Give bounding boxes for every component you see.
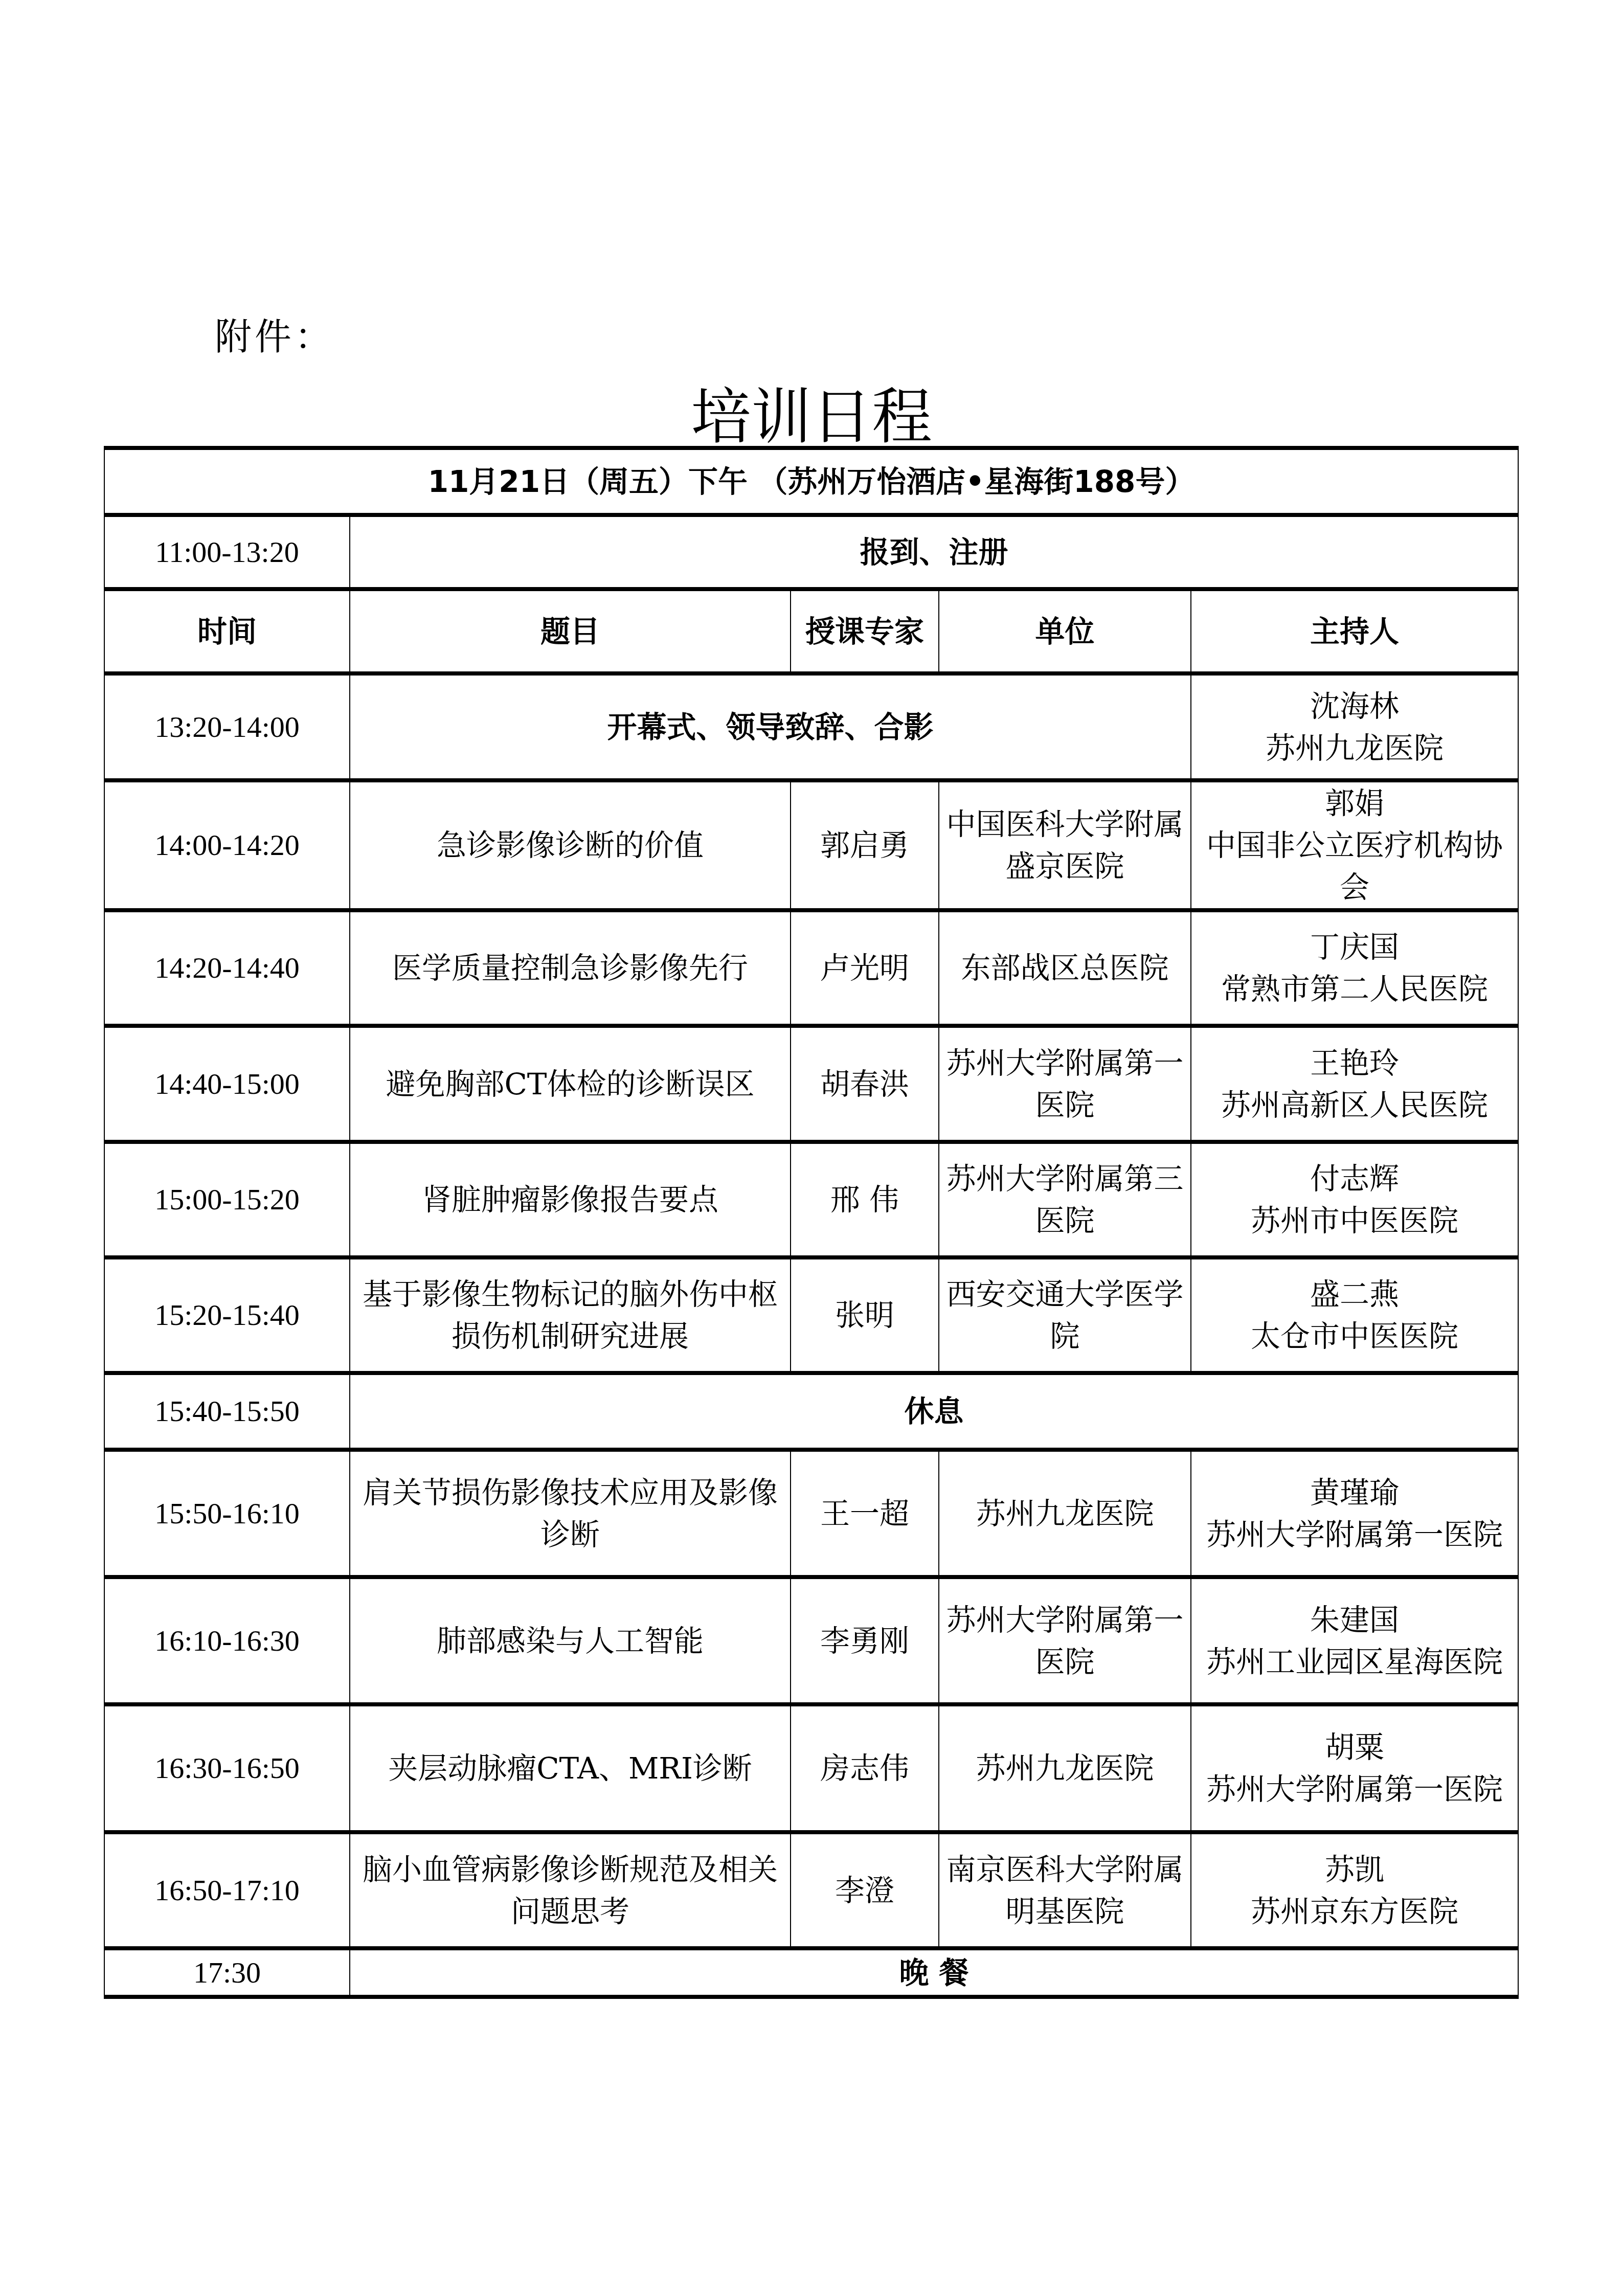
speaker-cell: 房志伟 — [791, 1704, 939, 1832]
host-cell: 付志辉 苏州市中医医院 — [1191, 1142, 1518, 1257]
time-cell: 14:00-14:20 — [104, 780, 350, 910]
col-header-time: 时间 — [104, 589, 350, 673]
speaker-cell: 邢 伟 — [791, 1142, 939, 1257]
speaker-cell: 胡春洪 — [791, 1026, 939, 1142]
dinner-label: 晚 餐 — [350, 1948, 1518, 1997]
session-row: 14:00-14:20急诊影像诊断的价值郭启勇中国医科大学附属盛京医院郭娟 中国… — [104, 780, 1518, 910]
unit-cell: 中国医科大学附属盛京医院 — [939, 780, 1191, 910]
session-row: 16:30-16:50夹层动脉瘤CTA、MRI诊断房志伟苏州九龙医院胡粟 苏州大… — [104, 1704, 1518, 1832]
page-title: 培训日程 — [0, 368, 1623, 455]
speaker-cell: 郭启勇 — [791, 780, 939, 910]
time-cell: 15:50-16:10 — [104, 1450, 350, 1577]
unit-cell: 南京医科大学附属明基医院 — [939, 1832, 1191, 1948]
speaker-cell: 张明 — [791, 1257, 939, 1373]
opening-label: 开幕式、领导致辞、合影 — [350, 673, 1191, 780]
speaker-cell: 李澄 — [791, 1832, 939, 1948]
time-cell: 11:00-13:20 — [104, 515, 350, 589]
time-cell: 15:40-15:50 — [104, 1373, 350, 1450]
session-header-row: 11月21日（周五）下午 （苏州万怡酒店•星海街188号） — [104, 448, 1518, 515]
unit-cell: 苏州大学附属第一医院 — [939, 1026, 1191, 1142]
col-header-host: 主持人 — [1191, 589, 1518, 673]
session-row: 16:10-16:30肺部感染与人工智能李勇刚苏州大学附属第一医院朱建国 苏州工… — [104, 1577, 1518, 1704]
host-cell: 沈海林 苏州九龙医院 — [1191, 673, 1518, 780]
time-cell: 13:20-14:00 — [104, 673, 350, 780]
unit-cell: 苏州九龙医院 — [939, 1704, 1191, 1832]
dinner-row: 17:30 晚 餐 — [104, 1948, 1518, 1997]
opening-row: 13:20-14:00 开幕式、领导致辞、合影 沈海林 苏州九龙医院 — [104, 673, 1518, 780]
registration-label: 报到、注册 — [350, 515, 1518, 589]
unit-cell: 东部战区总医院 — [939, 910, 1191, 1026]
topic-cell: 夹层动脉瘤CTA、MRI诊断 — [350, 1704, 791, 1832]
unit-cell: 苏州大学附属第三医院 — [939, 1142, 1191, 1257]
speaker-cell: 李勇刚 — [791, 1577, 939, 1704]
speaker-cell: 王一超 — [791, 1450, 939, 1577]
time-cell: 17:30 — [104, 1948, 350, 1997]
host-cell: 黄瑾瑜 苏州大学附属第一医院 — [1191, 1450, 1518, 1577]
time-cell: 15:20-15:40 — [104, 1257, 350, 1373]
host-cell: 郭娟 中国非公立医疗机构协会 — [1191, 780, 1518, 910]
registration-row: 11:00-13:20 报到、注册 — [104, 515, 1518, 589]
col-header-topic: 题目 — [350, 589, 791, 673]
attachment-label: 附件： — [215, 307, 334, 360]
time-cell: 14:20-14:40 — [104, 910, 350, 1026]
session-row: 16:50-17:10脑小血管病影像诊断规范及相关问题思考李澄南京医科大学附属明… — [104, 1832, 1518, 1948]
unit-cell: 西安交通大学医学院 — [939, 1257, 1191, 1373]
time-cell: 16:10-16:30 — [104, 1577, 350, 1704]
column-header-row: 时间 题目 授课专家 单位 主持人 — [104, 589, 1518, 673]
time-cell: 15:00-15:20 — [104, 1142, 350, 1257]
break-row: 15:40-15:50 休息 — [104, 1373, 1518, 1450]
speaker-cell: 卢光明 — [791, 910, 939, 1026]
break-label: 休息 — [350, 1373, 1518, 1450]
host-cell: 胡粟 苏州大学附属第一医院 — [1191, 1704, 1518, 1832]
topic-cell: 肩关节损伤影像技术应用及影像诊断 — [350, 1450, 791, 1577]
session-row: 14:40-15:00避免胸部CT体检的诊断误区胡春洪苏州大学附属第一医院王艳玲… — [104, 1026, 1518, 1142]
time-cell: 14:40-15:00 — [104, 1026, 350, 1142]
topic-cell: 肾脏肿瘤影像报告要点 — [350, 1142, 791, 1257]
session-header: 11月21日（周五）下午 （苏州万怡酒店•星海街188号） — [104, 448, 1518, 515]
topic-cell: 脑小血管病影像诊断规范及相关问题思考 — [350, 1832, 791, 1948]
host-cell: 苏凯 苏州京东方医院 — [1191, 1832, 1518, 1948]
session-row: 15:00-15:20肾脏肿瘤影像报告要点邢 伟苏州大学附属第三医院付志辉 苏州… — [104, 1142, 1518, 1257]
schedule-table: 11月21日（周五）下午 （苏州万怡酒店•星海街188号） 11:00-13:2… — [104, 446, 1519, 1999]
topic-cell: 急诊影像诊断的价值 — [350, 780, 791, 910]
host-cell: 王艳玲 苏州高新区人民医院 — [1191, 1026, 1518, 1142]
col-header-unit: 单位 — [939, 589, 1191, 673]
session-row: 15:20-15:40基于影像生物标记的脑外伤中枢损伤机制研究进展张明西安交通大… — [104, 1257, 1518, 1373]
session-row: 15:50-16:10肩关节损伤影像技术应用及影像诊断王一超苏州九龙医院黄瑾瑜 … — [104, 1450, 1518, 1577]
topic-cell: 医学质量控制急诊影像先行 — [350, 910, 791, 1026]
unit-cell: 苏州大学附属第一医院 — [939, 1577, 1191, 1704]
host-cell: 盛二燕 太仓市中医医院 — [1191, 1257, 1518, 1373]
time-cell: 16:30-16:50 — [104, 1704, 350, 1832]
host-cell: 丁庆国 常熟市第二人民医院 — [1191, 910, 1518, 1026]
session-row: 14:20-14:40医学质量控制急诊影像先行卢光明东部战区总医院丁庆国 常熟市… — [104, 910, 1518, 1026]
unit-cell: 苏州九龙医院 — [939, 1450, 1191, 1577]
topic-cell: 避免胸部CT体检的诊断误区 — [350, 1026, 791, 1142]
col-header-speaker: 授课专家 — [791, 589, 939, 673]
topic-cell: 基于影像生物标记的脑外伤中枢损伤机制研究进展 — [350, 1257, 791, 1373]
topic-cell: 肺部感染与人工智能 — [350, 1577, 791, 1704]
time-cell: 16:50-17:10 — [104, 1832, 350, 1948]
host-cell: 朱建国 苏州工业园区星海医院 — [1191, 1577, 1518, 1704]
